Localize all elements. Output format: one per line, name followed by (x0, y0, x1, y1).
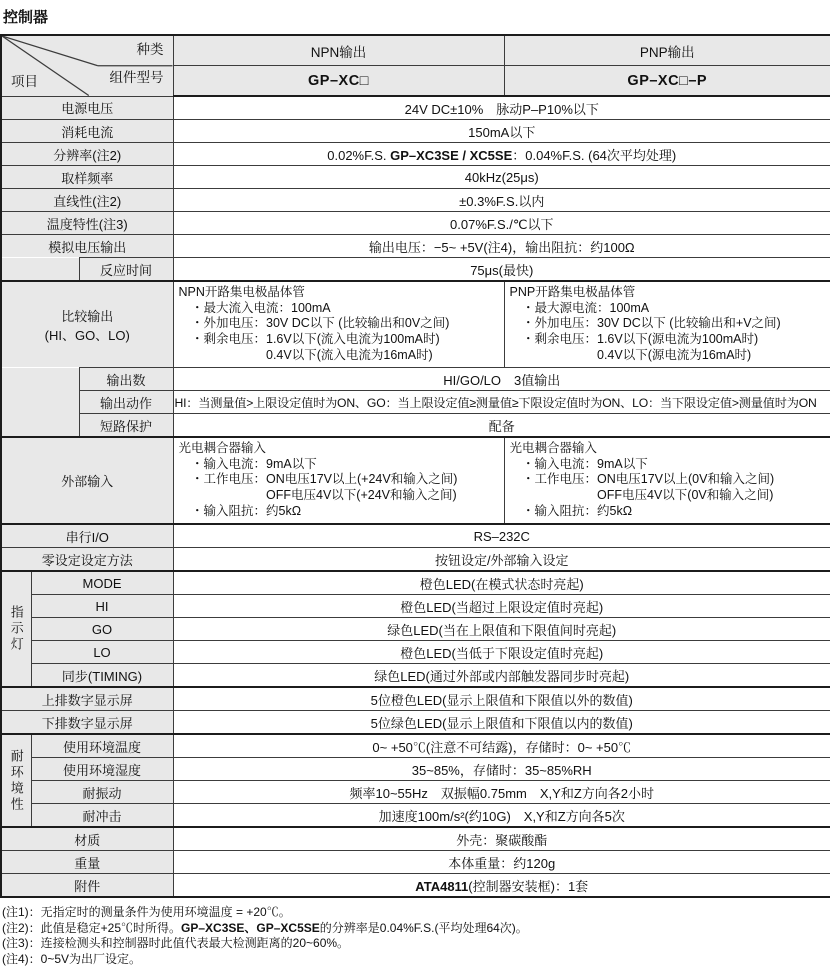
footnote-2-bold: GP–XC3SE、GP–XC5SE (181, 921, 320, 935)
corner-model-label: 组件型号 (110, 64, 164, 92)
row-lower-display-label: 下排数字显示屏 (1, 711, 173, 735)
col-header-pnp-model: GP–XC□–P (504, 66, 830, 97)
accessory-suffix: (控制器安装框)：1套 (468, 879, 588, 894)
table-row: 使用环境湿度 35~85%，存储时：35~85%RH (1, 758, 830, 781)
table-row: 温度特性(注3) 0.07%F.S./℃以下 (1, 212, 830, 235)
row-upper-display-label: 上排数字显示屏 (1, 687, 173, 711)
row-linearity-label: 直线性(注2) (1, 189, 173, 212)
table-row: 指示灯 MODE 橙色LED(在模式状态时亮起) (1, 571, 830, 595)
indicator-group-label: 指示灯 (1, 571, 31, 687)
table-row: 重量 本体重量：约120g (1, 851, 830, 874)
table-row: 短路保护 配备 (1, 414, 830, 438)
corner-item-label: 项目 (11, 70, 38, 90)
row-resolution-value: 0.02%F.S. GP–XC3SE / XC5SE：0.04%F.S. (64… (173, 143, 830, 166)
table-row: 材质 外壳：聚碳酸酯 (1, 827, 830, 851)
row-zero-set-value: 按钮设定/外部输入设定 (173, 548, 830, 572)
row-vibration-label: 耐振动 (31, 781, 173, 804)
row-analog-out-value: 输出电压：−5~ +5V(注4)，输出阻抗：约100Ω (173, 235, 830, 258)
row-zero-set-label: 零设定设定方法 (1, 548, 173, 572)
environment-group-label: 耐环境性 (1, 734, 31, 827)
footnote-3: (注3)：连接检测头和控制器时此值代表最大检测距离的20~60%。 (2, 936, 828, 952)
row-ext-input-npn-value: 光电耦合器输入 ・输入电流：9mA以下 ・工作电压：ON电压17V以上(+24V… (173, 437, 504, 524)
row-analog-out-label: 模拟电压输出 (1, 235, 173, 258)
row-timing-label: 同步(TIMING) (31, 664, 173, 688)
table-row: 比较输出 (HI、GO、LO) NPN开路集电极晶体管 ・最大流入电流：100m… (1, 281, 830, 368)
row-hi-label: HI (31, 595, 173, 618)
row-short-protect-label: 短路保护 (79, 414, 173, 438)
table-row: 同步(TIMING) 绿色LED(通过外部或内部触发器同步时亮起) (1, 664, 830, 688)
row-ext-input-label: 外部输入 (1, 437, 173, 524)
footnote-2: (注2)：此值是稳定+25℃时所得。GP–XC3SE、GP–XC5SE的分辨率是… (2, 921, 828, 937)
row-env-humidity-label: 使用环境湿度 (31, 758, 173, 781)
row-comp-out-pnp-value: PNP开路集电极晶体管 ・最大源电流：100mA ・外加电压：30V DC以下 … (504, 281, 830, 368)
row-power-voltage-label: 电源电压 (1, 96, 173, 120)
resolution-prefix: 0.02%F.S. (327, 148, 390, 163)
row-mode-value: 橙色LED(在模式状态时亮起) (173, 571, 830, 595)
row-comp-out-label: 比较输出 (HI、GO、LO) (1, 281, 173, 368)
row-upper-display-value: 5位橙色LED(显示上限值和下限值以外的数值) (173, 687, 830, 711)
row-accessory-label: 附件 (1, 874, 173, 898)
table-row: 模拟电压输出 输出电压：−5~ +5V(注4)，输出阻抗：约100Ω (1, 235, 830, 258)
row-lo-value: 橙色LED(当低于下限设定值时亮起) (173, 641, 830, 664)
row-vibration-value: 频率10~55Hz 双振幅0.75mm X,Y和Z方向各2小时 (173, 781, 830, 804)
row-output-action-label: 输出动作 (79, 391, 173, 414)
datasheet-page: 控制器 种类 组件型号 项目 NPN输出 PNP输出 (0, 0, 830, 976)
col-header-pnp: PNP输出 (504, 35, 830, 66)
table-row: LO 橙色LED(当低于下限设定值时亮起) (1, 641, 830, 664)
row-weight-label: 重量 (1, 851, 173, 874)
table-row: 附件 ATA4811(控制器安装框)：1套 (1, 874, 830, 898)
page-title: 控制器 (0, 3, 830, 34)
row-hi-value: 橙色LED(当超过上限设定值时亮起) (173, 595, 830, 618)
row-env-temp-value: 0~ +50℃(注意不可结露)，存储时：0~ +50℃ (173, 734, 830, 758)
footnote-2-suffix: 的分辨率是0.04%F.S.(平均处理64次)。 (320, 921, 528, 935)
row-go-value: 绿色LED(当在上限值和下限值间时亮起) (173, 618, 830, 641)
row-linearity-value: ±0.3%F.S.以内 (173, 189, 830, 212)
col-header-npn: NPN输出 (173, 35, 504, 66)
table-row: 耐环境性 使用环境温度 0~ +50℃(注意不可结露)，存储时：0~ +50℃ (1, 734, 830, 758)
table-row: 上排数字显示屏 5位橙色LED(显示上限值和下限值以外的数值) (1, 687, 830, 711)
row-go-label: GO (31, 618, 173, 641)
footnote-1: (注1)：无指定时的测量条件为使用环境温度 = +20℃。 (2, 905, 828, 921)
table-row: 反应时间 75μs(最快) (1, 258, 830, 282)
row-current-label: 消耗电流 (1, 120, 173, 143)
row-material-value: 外壳：聚碳酸酯 (173, 827, 830, 851)
row-output-count-label: 输出数 (79, 368, 173, 391)
row-accessory-value: ATA4811(控制器安装框)：1套 (173, 874, 830, 898)
row-lower-display-value: 5位绿色LED(显示上限值和下限值以内的数值) (173, 711, 830, 735)
controller-spec-table: 种类 组件型号 项目 NPN输出 PNP输出 GP–XC□ GP–XC□–P 电… (0, 34, 830, 898)
corner-header-cell: 种类 组件型号 项目 (1, 35, 173, 96)
row-serial-value: RS–232C (173, 524, 830, 548)
row-sampling-value: 40kHz(25μs) (173, 166, 830, 189)
footnote-2-text: (注2)：此值是稳定+25℃时所得。 (2, 921, 181, 935)
table-row: 分辨率(注2) 0.02%F.S. GP–XC3SE / XC5SE：0.04%… (1, 143, 830, 166)
table-row: HI 橙色LED(当超过上限设定值时亮起) (1, 595, 830, 618)
row-resolution-label: 分辨率(注2) (1, 143, 173, 166)
footnote-4: (注4)：0~5V为出厂设定。 (2, 952, 828, 968)
row-ext-input-pnp-value: 光电耦合器输入 ・输入电流：9mA以下 ・工作电压：ON电压17V以上(0V和输… (504, 437, 830, 524)
row-output-count-value: HI/GO/LO 3值输出 (173, 368, 830, 391)
table-row: 输出数 HI/GO/LO 3值输出 (1, 368, 830, 391)
row-timing-value: 绿色LED(通过外部或内部触发器同步时亮起) (173, 664, 830, 688)
footnote-4-text: (注4)：0~5V为出厂设定。 (2, 952, 141, 966)
table-row: GO 绿色LED(当在上限值和下限值间时亮起) (1, 618, 830, 641)
table-row: 输出动作 HI：当测量值>上限设定值时为ON、GO：当上限设定值≥测量值≥下限设… (1, 391, 830, 414)
table-row: 消耗电流 150mA以下 (1, 120, 830, 143)
row-shock-label: 耐冲击 (31, 804, 173, 828)
row-serial-label: 串行I/O (1, 524, 173, 548)
row-env-humidity-value: 35~85%，存储时：35~85%RH (173, 758, 830, 781)
row-material-label: 材质 (1, 827, 173, 851)
footnote-1-text: (注1)：无指定时的测量条件为使用环境温度 = +20℃。 (2, 905, 291, 919)
table-row: 取样频率 40kHz(25μs) (1, 166, 830, 189)
row-short-protect-value: 配备 (173, 414, 830, 438)
row-env-temp-label: 使用环境温度 (31, 734, 173, 758)
analog-group-spacer (1, 258, 79, 282)
corner-kind-label: 种类 (137, 36, 164, 64)
table-row: 串行I/O RS–232C (1, 524, 830, 548)
comp-group-spacer (1, 368, 79, 438)
col-header-npn-model: GP–XC□ (173, 66, 504, 97)
row-power-voltage-value: 24V DC±10% 脉动P–P10%以下 (173, 96, 830, 120)
footnote-3-text: (注3)：连接检测头和控制器时此值代表最大检测距离的20~60%。 (2, 936, 349, 950)
row-weight-value: 本体重量：约120g (173, 851, 830, 874)
row-lo-label: LO (31, 641, 173, 664)
row-comp-out-npn-value: NPN开路集电极晶体管 ・最大流入电流：100mA ・外加电压：30V DC以下… (173, 281, 504, 368)
table-row: 零设定设定方法 按钮设定/外部输入设定 (1, 548, 830, 572)
resolution-models: GP–XC3SE / XC5SE (390, 148, 512, 163)
row-current-value: 150mA以下 (173, 120, 830, 143)
resolution-suffix: ：0.04%F.S. (64次平均处理) (512, 148, 676, 163)
table-row: 直线性(注2) ±0.3%F.S.以内 (1, 189, 830, 212)
row-sampling-label: 取样频率 (1, 166, 173, 189)
row-mode-label: MODE (31, 571, 173, 595)
row-shock-value: 加速度100m/s²(约10G) X,Y和Z方向各5次 (173, 804, 830, 828)
table-row: 下排数字显示屏 5位绿色LED(显示上限值和下限值以内的数值) (1, 711, 830, 735)
table-row: 耐冲击 加速度100m/s²(约10G) X,Y和Z方向各5次 (1, 804, 830, 828)
accessory-model: ATA4811 (415, 879, 468, 894)
row-temp-char-label: 温度特性(注3) (1, 212, 173, 235)
row-response-label: 反应时间 (79, 258, 173, 282)
row-response-value: 75μs(最快) (173, 258, 830, 282)
row-temp-char-value: 0.07%F.S./℃以下 (173, 212, 830, 235)
table-row: 电源电压 24V DC±10% 脉动P–P10%以下 (1, 96, 830, 120)
table-row: 外部输入 光电耦合器输入 ・输入电流：9mA以下 ・工作电压：ON电压17V以上… (1, 437, 830, 524)
footnotes: (注1)：无指定时的测量条件为使用环境温度 = +20℃。 (注2)：此值是稳定… (0, 898, 830, 967)
table-row: 耐振动 频率10~55Hz 双振幅0.75mm X,Y和Z方向各2小时 (1, 781, 830, 804)
row-output-action-value: HI：当测量值>上限设定值时为ON、GO：当上限设定值≥测量值≥下限设定值时为O… (173, 391, 830, 414)
